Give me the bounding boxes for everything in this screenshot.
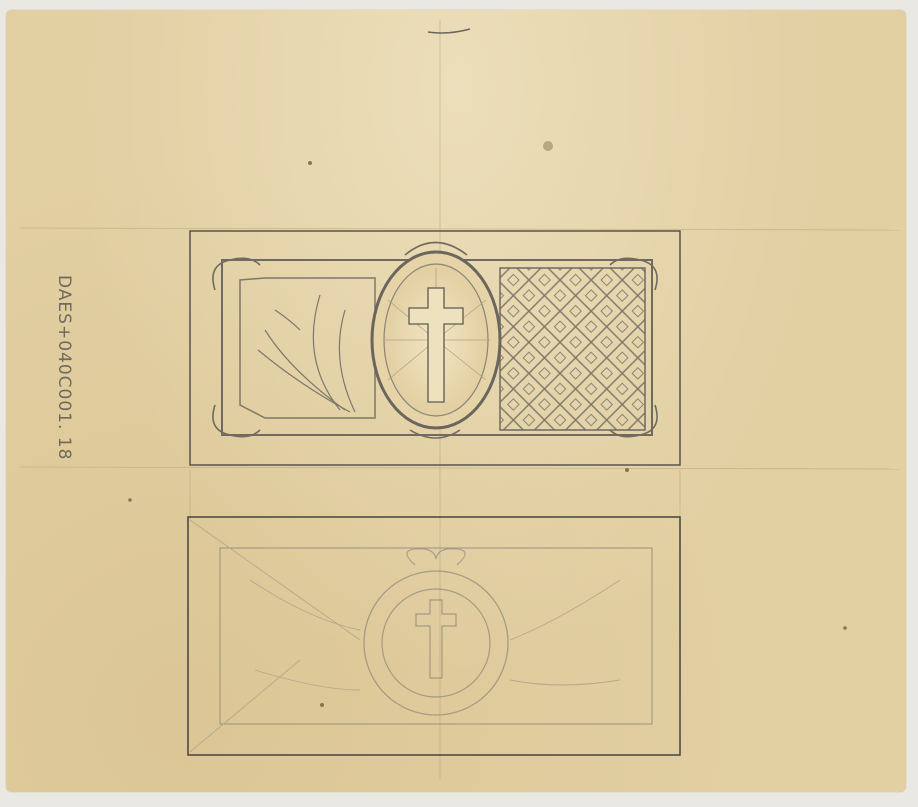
upper-panel <box>190 231 680 465</box>
handwritten-label: DAES+040C001. 18 <box>54 275 74 460</box>
lower-panel <box>188 517 680 755</box>
top-mark <box>428 29 470 33</box>
drawing <box>0 0 918 807</box>
